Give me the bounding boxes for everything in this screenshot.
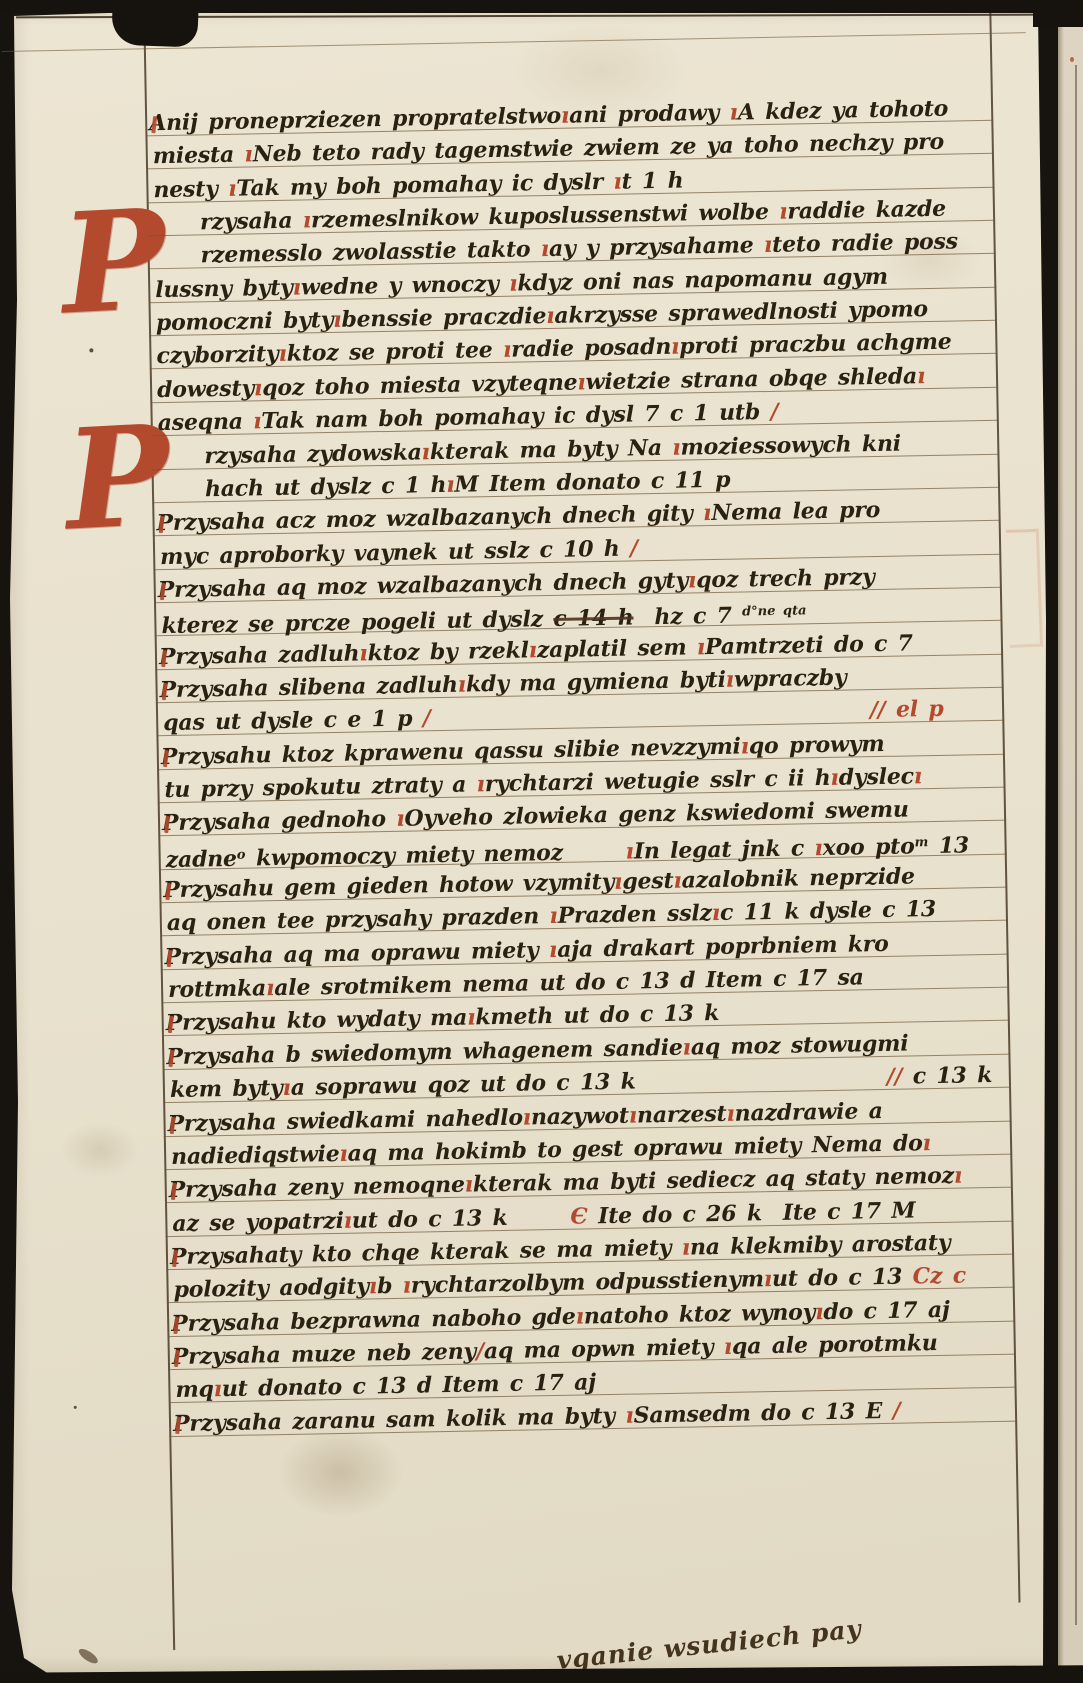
ink-text: zaplatil sem [537,634,697,663]
ink-text: Przysaha aq moz wzalbazanych dnech gyty [158,567,689,603]
ink-text: c 13 k [902,1062,992,1090]
red-mark [1070,57,1074,62]
ink-text: ktoz se proti tee [287,337,504,367]
ink-text: qa ale porotmku [732,1330,938,1360]
ink-text: aq ma opwn miety [484,1334,724,1364]
ink-text: aseqna [157,409,253,437]
ink-text: Przysaha zeny nemoqne [169,1172,465,1203]
ink-text: kmeth ut do c 13 k [475,1000,719,1030]
ink-text: Przysaha zadluh [159,640,360,670]
ink-text: rzemeslnikow kuposlussenstwi wolbe [311,199,780,234]
ink-text: Oyveho zlowieka genz kswiedomi swemu [404,797,909,832]
ink-text: qas ut dysle c e 1 p [163,706,423,737]
ink-text: Tak nam boh pomahay ic dysl 7 c 1 utb [261,399,771,434]
ink-text: pomoczni byty [156,307,334,336]
ink-text: rzysaha zydowska [204,439,422,469]
ink-text: a soprawu qoz ut do c 13 k [291,1069,636,1101]
ink-text: kterak ma byty Na [430,434,673,464]
ink-text: b [377,1273,403,1299]
ink-text: kem byty [170,1075,283,1103]
right-margin-ruling [989,3,1020,1603]
offset-stain [1006,529,1043,648]
ink-text: rottmka [168,975,266,1003]
rubricated-text: Є [570,1203,588,1229]
ink-text: Anij proneprziezen propratelstwo [149,103,561,137]
ink-text: qo prowym [749,731,885,759]
ink-text: d°ne qta [742,604,807,620]
ink-text: do c 17 aj [823,1296,950,1324]
ink-text: ktoz by rzekl [367,637,529,666]
ink-text: t 1 h [621,167,683,194]
ink-text: Przysahu gem gieden hotow vzymity [163,869,614,903]
parchment-tear-notch [111,0,199,47]
rubricated-text: ı [917,363,926,389]
ink-spot [89,348,93,352]
ink-text: lussny byty [155,274,293,303]
ink-text: nadiediqstwie [171,1141,340,1170]
ink-text: wpraczby [734,665,847,693]
ink-text: Prazden sslz [557,900,712,929]
ink-text: miesta [153,142,245,170]
photo-background-top-right [1033,0,1083,27]
ink-text: c 14 h [553,605,634,632]
ink-text: zadne [165,845,237,872]
ink-text: o [237,847,246,862]
ink-text: c 11 k dysle c 13 [720,896,937,926]
ink-text: kwpomoczy miety nemoz [245,838,626,871]
ink-text: Przysaha b swiedomym whagenem sandie [166,1034,683,1069]
ink-text: gest [622,868,674,895]
rubricated-text: Cz c [912,1263,966,1290]
ink-text: rychtarzi wetugie sslr c ii h [485,765,831,797]
ink-text: nazdrawie a [734,1097,882,1126]
ink-smudge [77,1646,100,1666]
ink-text: rzemesslo zwolasstie takto [200,237,541,269]
ink-text: teto radie poss [772,229,958,258]
ink-text: rychtarzolbym odpusstienym [411,1266,764,1298]
ink-text: hz c 7 [633,603,742,631]
ink-text: polozity aodgity [173,1274,369,1304]
ink-text: Przysaha aq ma oprawu miety [164,937,549,970]
manuscript-photo: P P Anij proneprziezen propratelstwoıani… [0,0,1083,1683]
ink-text: kterez se prcze pogeli ut dyslz [161,606,553,639]
ink-text: hach ut dyslz c 1 h [205,472,447,502]
ink-text: Przysaha gednoho [162,806,397,836]
ink-text: tu przy spokutu ztraty a [164,771,477,803]
ink-text: proti praczbu achgme [679,329,952,360]
ink-text: Przysaha swiedkami nahedlo [167,1104,523,1137]
ink-text: moziessowych kni [680,430,901,460]
ink-text: Przysahu kto wydaty ma [165,1005,467,1037]
ink-text: aq moz stowugmi [691,1030,909,1060]
ink-text: natoho ktoz wynoy [584,1299,816,1329]
ink-text: ut do c 13 k [352,1203,571,1233]
ink-text: mq [175,1377,214,1404]
ink-text: aja drakart poprbniem kro [557,931,889,963]
ink-text: m [914,835,928,850]
ink-text: rzysaha [200,208,303,236]
ink-text: In legat jnk c [634,835,815,864]
ink-text: kdyz oni nas napomanu agym [517,264,888,297]
ink-text: xoo pto [822,833,914,861]
rubricated-text: / [892,1397,900,1423]
rubricated-text: ı [954,1163,963,1189]
ink-text: aq onen tee przysahy prazden [167,903,550,936]
rubricated-text: / [630,535,638,561]
ink-text [430,697,870,731]
ink-text: nesty [153,176,228,203]
ink-text: raddie kazde [787,196,946,225]
ink-text: kterak ma byti sediecz aq staty nemoz [473,1163,955,1198]
ink-text: ut donato c 13 d Item c 17 aj [222,1370,597,1403]
ink-text: ay y przysahame [549,232,764,262]
ink-text: Samsedm do c 13 E [633,1398,892,1429]
ink-text: Przysahaty kto chqe kterak se ma miety [170,1235,682,1270]
ink-text: dyslec [838,763,914,790]
ink-text: nazywot [531,1102,629,1130]
rubricated-text: / [770,399,778,425]
ink-text: az se yopatrzi [172,1207,344,1236]
rubricated-text: // [886,1064,902,1090]
ink-text: Przysaha bezprawna naboho gde [171,1303,576,1336]
ink-text: narzest [637,1100,727,1128]
illuminated-initial: P [58,190,169,333]
ink-text: Tak my boh pomahay ic dyslr [236,168,614,201]
ink-text: na klekmiby arostaty [690,1230,951,1261]
ink-text: Przysaha slibena zadluh [159,672,458,703]
ink-text: wietzie strana obqe shleda [585,363,917,395]
ink-text: azalobnik neprzide [681,863,915,893]
ink-text: Nema lea pro [711,497,880,526]
ink-text: Przysaha muze neb zeny [172,1338,477,1370]
ink-text: A kdez ya tohoto [738,96,949,126]
ink-text: qoz trech przy [696,564,875,593]
ink-text: ani prodawy [569,100,730,129]
text-block: P P Anij proneprziezen propratelstwoıani… [0,0,1083,1683]
ink-text: dowesty [157,375,254,403]
ink-text [635,1064,886,1095]
ink-text: M Item donato c 11 p [454,467,730,498]
ink-spot [74,1406,77,1409]
ink-text: myc aproborky vaynek ut sslz c 10 h [160,535,630,570]
ink-text: benssie praczdie [341,303,546,333]
ink-text: qoz toho miesta vzyteqne [262,369,578,401]
ink-text: Pamtrzeti do c 7 [705,630,913,660]
ink-text: Ite do c 26 k Ite c 17 M [587,1197,915,1229]
rubricated-text: ı [922,1130,931,1156]
ink-text: radie posadn [511,334,671,363]
ink-text: czyborzity [156,341,279,369]
ink-text: kdy ma gymiena byti [466,667,726,698]
rubricated-text: // el p [870,696,944,723]
ink-text: Przysaha zaranu sam kolik ma byty [173,1402,626,1436]
ink-text: 13 [928,832,969,859]
ink-text: akrzysse sprawedlnosti ypomo [554,296,928,329]
ink-text: wedne y wnoczy [301,270,510,300]
ink-text: ut do c 13 [772,1264,913,1293]
rubricated-text: ı [914,763,923,789]
